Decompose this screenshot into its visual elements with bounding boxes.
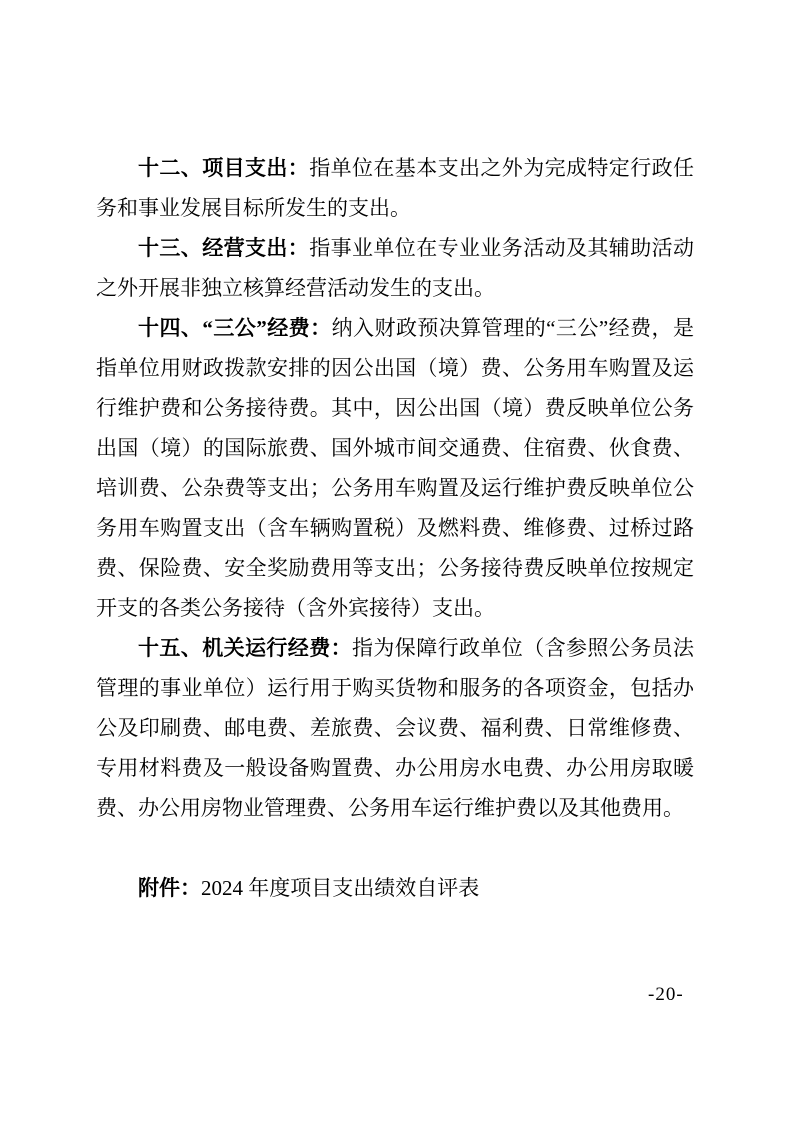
paragraph-lead: 十三、经营支出： (138, 236, 309, 260)
paragraph-text: 指为保障行政单位（含参照公务员法管理的事业单位）运行用于购买货物和服务的各项资金… (96, 636, 694, 820)
paragraph-item-13: 十三、经营支出：指事业单位在专业业务活动及其辅助活动之外开展非独立核算经营活动发… (96, 228, 694, 308)
paragraph-lead: 十二、项目支出： (138, 156, 309, 180)
attachment-text: 2024 年度项目支出绩效自评表 (201, 876, 479, 900)
attachment-lead: 附件： (138, 876, 201, 900)
document-body: 十二、项目支出：指单位在基本支出之外为完成特定行政任务和事业发展目标所发生的支出… (96, 148, 694, 908)
paragraph-text: 纳入财政预决算管理的“三公”经费，是指单位用财政拨款安排的因公出国（境）费、公务… (96, 316, 694, 620)
document-page: 十二、项目支出：指单位在基本支出之外为完成特定行政任务和事业发展目标所发生的支出… (0, 0, 793, 1122)
paragraph-item-14: 十四、“三公”经费：纳入财政预决算管理的“三公”经费，是指单位用财政拨款安排的因… (96, 308, 694, 628)
paragraph-lead: 十五、机关运行经费： (138, 636, 352, 660)
attachment-line: 附件：2024 年度项目支出绩效自评表 (96, 868, 694, 908)
page-number: -20- (648, 984, 684, 1006)
paragraph-lead: 十四、“三公”经费： (138, 316, 332, 340)
paragraph-item-12: 十二、项目支出：指单位在基本支出之外为完成特定行政任务和事业发展目标所发生的支出… (96, 148, 694, 228)
paragraph-item-15: 十五、机关运行经费：指为保障行政单位（含参照公务员法管理的事业单位）运行用于购买… (96, 628, 694, 828)
